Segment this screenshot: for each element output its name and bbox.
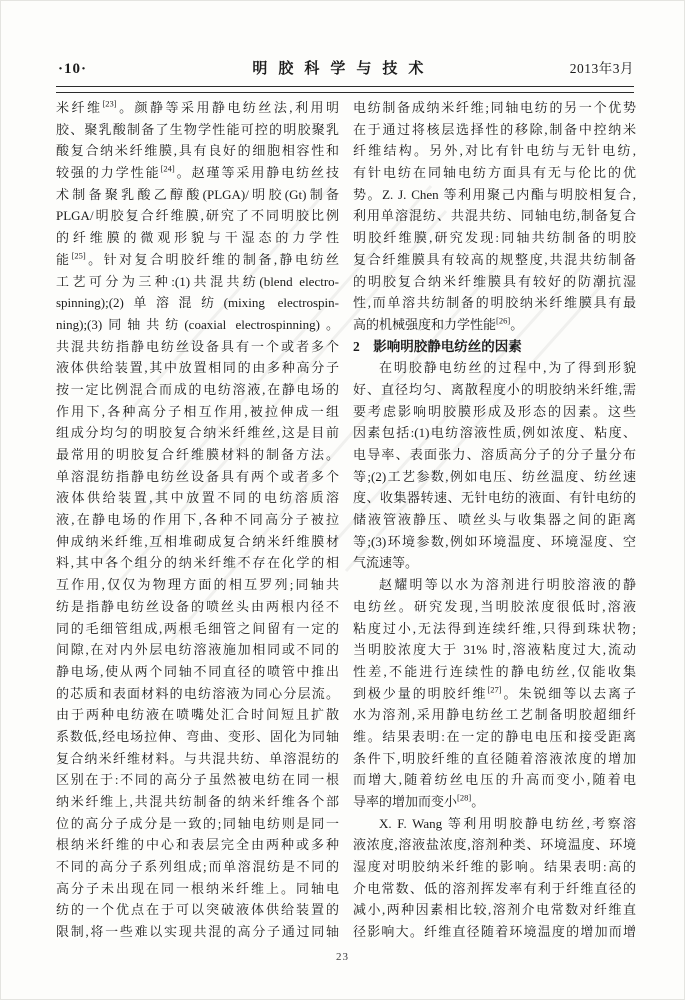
text-line: 有针电纺在同轴电纺方面具有无与伦比的优 <box>353 162 636 184</box>
text-line: 单溶混纺指静电纺丝设备具有两个或者多个 <box>56 466 339 488</box>
citation-ref: [28] <box>457 793 471 803</box>
text-line: 性,而单溶共纺制备的明胶纳米纤维膜具有最 <box>353 292 636 314</box>
header-double-rule <box>56 86 634 93</box>
text-line: 伸成纳米纤维,互相堆砌成复合纳米纤维膜材 <box>56 531 339 553</box>
text-line: 当明胶浓度大于 31% 时,溶液粘度过大,流动 <box>353 639 636 661</box>
text-line: 要考虑影响明胶膜形成及形态的因素。这些 <box>353 401 636 423</box>
text-line: 度、收集器转速、无针电纺的液面、有针电纺的 <box>353 487 636 509</box>
text-line: 电纺丝。研究发现,当明胶浓度很低时,溶液 <box>353 596 636 618</box>
citation-ref: [27] <box>487 684 501 694</box>
header-page-marker: ·10· <box>58 61 87 78</box>
text-line: 最常用的明胶复合纤维膜材料的制备方法。 <box>56 444 339 466</box>
text-line: 高分子未出现在同一根纳米纤维上。同轴电 <box>56 878 339 900</box>
text-line: 势。Z. J. Chen 等利用聚己内酯与明胶相复合, <box>353 184 636 206</box>
text-line: 的芯质和表面材料的电纺溶液为同心分层流。 <box>56 683 339 705</box>
text-line: 液,在静电场的作用下,各种不同高分子被拉 <box>56 509 339 531</box>
issue-date: 2013年3月 <box>570 57 634 77</box>
page-footer: 23 <box>1 951 684 963</box>
text-line: ning);(3)同轴共纺(coaxial electrospinning)。 <box>56 314 339 336</box>
text-line: X. F. Wang 等利用明胶静电纺丝,考察溶 <box>353 813 636 835</box>
text-line: 共混共纺指静电纺丝设备具有一个或者多个 <box>56 336 339 358</box>
text-line: 性差,不能进行连续性的静电纺丝,仅能收集 <box>353 661 636 683</box>
text-line: 组成分均匀的明胶复合纳米纤维丝,这是目前 <box>56 422 339 444</box>
journal-page: ·10· 明胶科学与技术 2013年3月 米纤维[23]。颜静等采用静电纺丝法,… <box>0 0 685 1000</box>
text-line: 米纤维[23]。颜静等采用静电纺丝法,利用明 <box>56 97 339 119</box>
text-line: 粘度过小,无法得到连续纤维,只得到珠状物; <box>353 618 636 640</box>
text-line: 高的机械强度和力学性能[26]。 <box>353 314 636 336</box>
text-line: 根纳米纤维的中心和表层完全由两种或多种 <box>56 834 339 856</box>
text-line: 液浓度,溶液盐浓度,溶剂种类、环境温度、环境 <box>353 834 636 856</box>
text-line: spinning);(2)单溶混纺(mixing electrospin- <box>56 292 339 314</box>
left-column: 米纤维[23]。颜静等采用静电纺丝法,利用明胶、聚乳酸制备了生物学性能可控的明胶… <box>56 97 339 943</box>
text-line: 液体供给装置,其中放置不同的电纺溶质溶 <box>56 487 339 509</box>
text-line: 水为溶剂,采用静电纺丝工艺制备明胶超细纤 <box>353 704 636 726</box>
citation-ref: [23] <box>102 99 116 109</box>
citation-ref: [24] <box>161 164 175 174</box>
text-line: 作用下,各种高分子相互作用,被拉伸成一组 <box>56 401 339 423</box>
text-line: 纺的一个优点在于可以突破液体供给装置的 <box>56 899 339 921</box>
citation-ref: [26] <box>496 316 510 326</box>
page-number: 23 <box>336 951 349 963</box>
text-line: 位的高分子成分是一致的;同轴电纺则是同一 <box>56 813 339 835</box>
text-line: 限制,将一些难以实现共混的高分子通过同轴 <box>56 921 339 943</box>
journal-title: 明胶科学与技术 <box>252 57 434 78</box>
text-line: 在明胶静电纺丝的过程中,为了得到形貌 <box>353 357 636 379</box>
text-line: 在于通过将核层选择性的移除,制备中控纳米 <box>353 119 636 141</box>
text-line: 利用单溶混纺、共混共纺、同轴电纺,制备复合 <box>353 205 636 227</box>
text-line: 的纤维膜的微观形貌与干湿态的力学性 <box>56 227 339 249</box>
text-line: PLGA/明胶复合纤维膜,研究了不同明胶比例 <box>56 205 339 227</box>
text-line: 区别在于:不同的高分子虽然被电纺在同一根 <box>56 769 339 791</box>
text-line: 间隙,在对内外层电纺溶液施加相同或不同的 <box>56 639 339 661</box>
text-line: 好、直径均匀、离散程度小的明胶纳米纤维,需 <box>353 379 636 401</box>
text-line: 电导率、表面张力、溶质高分子的分子量分布 <box>353 444 636 466</box>
text-line: 静电场,使从两个同轴不同直径的喷管中推出 <box>56 661 339 683</box>
text-line: 等;(2)工艺参数,例如电压、纺丝温度、纺丝速 <box>353 466 636 488</box>
text-line: 不同的高分子系列组成;而单溶混纺是不同的 <box>56 856 339 878</box>
text-line: 系数低,经电场拉伸、弯曲、变形、固化为同轴 <box>56 726 339 748</box>
text-line: 明胶纤维膜,研究发现:同轴共纺制备的明胶 <box>353 227 636 249</box>
text-line: 按一定比例混合而成的电纺溶液,在静电场的 <box>56 379 339 401</box>
text-line: 复合纳米纤维材料。与共混共纺、单溶混纺的 <box>56 748 339 770</box>
text-line: 由于两种电纺液在喷嘴处汇合时间短且扩散 <box>56 704 339 726</box>
text-line: 径影响大。纤维直径随着环境温度的增加而增 <box>353 921 636 943</box>
text-line: 条件下,明胶纤维的直径随着溶液浓度的增加 <box>353 748 636 770</box>
text-line: 气流速等。 <box>353 552 636 574</box>
text-line: 维。结果表明:在一定的静电电压和接受距离 <box>353 726 636 748</box>
text-line: 湿度对明胶纳米纤维的影响。结果表明:高的 <box>353 856 636 878</box>
page-header: ·10· 明胶科学与技术 2013年3月 <box>58 57 634 78</box>
text-line: 能[25]。针对复合明胶纤维的制备,静电纺丝 <box>56 249 339 271</box>
article-body: 米纤维[23]。颜静等采用静电纺丝法,利用明胶、聚乳酸制备了生物学性能可控的明胶… <box>56 97 634 943</box>
text-line: 液体供给装置,其中放置相同的由多种高分子 <box>56 357 339 379</box>
text-line: 介电常数、低的溶剂挥发率有利于纤维直径的 <box>353 878 636 900</box>
text-line: 复合纤维膜具有较高的规整度,共混共纺制备 <box>353 249 636 271</box>
text-line: 同的毛细管组成,两根毛细管之间留有一定的 <box>56 618 339 640</box>
text-line: 的明胶复合纳米纤维膜具有较好的防潮抗湿 <box>353 271 636 293</box>
text-line: 纤维结构。另外,对比有针电纺与无针电纺, <box>353 140 636 162</box>
text-line: 较强的力学性能[24]。赵瑾等采用静电纺丝技 <box>56 162 339 184</box>
text-line: 互作用,仅仅为物理方面的相互罗列;同轴共 <box>56 574 339 596</box>
text-line: 纺是指静电纺丝设备的喷丝头由两根内径不 <box>56 596 339 618</box>
text-line: 料,其中各个组分的纳米纤维不存在化学的相 <box>56 552 339 574</box>
text-line: 而增大,随着纺丝电压的升高而变小,随着电 <box>353 769 636 791</box>
right-column: 电纺制备成纳米纤维;同轴电纺的另一个优势在于通过将核层选择性的移除,制备中控纳米… <box>353 97 636 943</box>
text-line: 术制备聚乳酸乙醇酸(PLGA)/明胶(Gt)制备 <box>56 184 339 206</box>
text-line: 因素包括:(1)电纺溶液性质,例如浓度、粘度、 <box>353 422 636 444</box>
text-line: 工艺可分为三种:(1)共混共纺(blend electro- <box>56 271 339 293</box>
text-line: 导率的增加而变小[28]。 <box>353 791 636 813</box>
section-heading: 2 影响明胶静电纺丝的因素 <box>353 336 636 358</box>
text-line: 等;(3)环境参数,例如环境温度、环境湿度、空 <box>353 531 636 553</box>
citation-ref: [25] <box>71 250 85 260</box>
text-line: 减小,两种因素相比较,溶剂介电常数对纤维直 <box>353 899 636 921</box>
text-line: 电纺制备成纳米纤维;同轴电纺的另一个优势 <box>353 97 636 119</box>
text-line: 胶、聚乳酸制备了生物学性能可控的明胶聚乳 <box>56 119 339 141</box>
text-line: 赵耀明等以水为溶剂进行明胶溶液的静 <box>353 574 636 596</box>
text-line: 纳米纤维上,共混共纺制备的纳米纤维各个部 <box>56 791 339 813</box>
text-line: 酸复合纳米纤维膜,具有良好的细胞相容性和 <box>56 140 339 162</box>
text-line: 储液管液静压、喷丝头与收集器之间的距离 <box>353 509 636 531</box>
text-line: 到极少量的明胶纤维[27]。朱锐细等以去离子 <box>353 683 636 705</box>
